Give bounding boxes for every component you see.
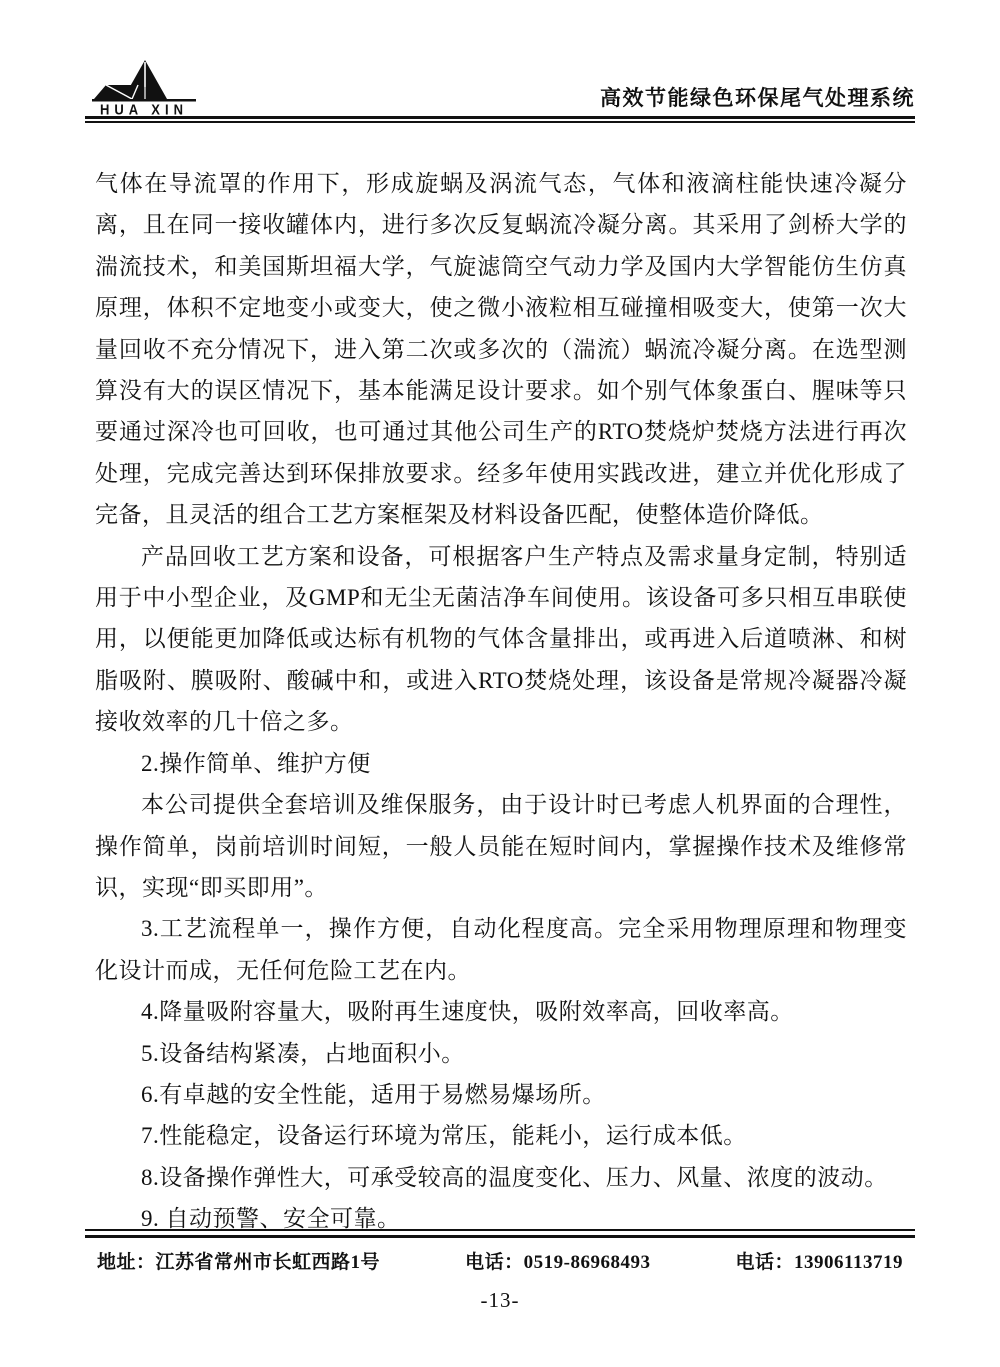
list-item-4: 4.降量吸附容量大，吸附再生速度快，吸附效率高，回收率高。 xyxy=(95,991,907,1032)
mountain-logo-icon xyxy=(88,59,200,103)
logo-text: HUA XIN xyxy=(100,102,188,116)
page-header: HUA XIN 高效节能绿色环保尾气处理系统 xyxy=(85,58,915,123)
list-item-2: 2.操作简单、维护方便 xyxy=(95,743,907,784)
paragraph: 气体在导流罩的作用下，形成旋蜗及涡流气态，气体和液滴柱能快速冷凝分离，且在同一接… xyxy=(95,163,907,536)
header-rule xyxy=(85,116,915,123)
list-item-8: 8.设备操作弹性大，可承受较高的温度变化、压力、风量、浓度的波动。 xyxy=(95,1157,907,1198)
page-number: -13- xyxy=(0,1288,1000,1313)
document-header-title: 高效节能绿色环保尾气处理系统 xyxy=(600,82,915,116)
document-page: HUA XIN 高效节能绿色环保尾气处理系统 气体在导流罩的作用下，形成旋蜗及涡… xyxy=(0,0,1000,1367)
list-item-6: 6.有卓越的安全性能，适用于易燃易爆场所。 xyxy=(95,1074,907,1115)
paragraph: 产品回收工艺方案和设备，可根据客户生产特点及需求量身定制，特别适用于中小型企业，… xyxy=(95,536,907,743)
list-item-5: 5.设备结构紧凑，占地面积小。 xyxy=(95,1033,907,1074)
page-footer: 地址：江苏省常州市长虹西路1号 电话：0519-86968493 电话：1390… xyxy=(85,1229,915,1274)
paragraph: 本公司提供全套培训及维保服务，由于设计时已考虑人机界面的合理性，操作简单，岗前培… xyxy=(95,784,907,908)
footer-phone-1: 电话：0519-86968493 xyxy=(465,1247,650,1274)
footer-phone-2: 电话：13906113719 xyxy=(736,1247,903,1274)
company-logo: HUA XIN xyxy=(85,59,203,116)
list-item-7: 7.性能稳定，设备运行环境为常压，能耗小，运行成本低。 xyxy=(95,1115,907,1156)
footer-address: 地址：江苏省常州市长虹西路1号 xyxy=(97,1247,380,1274)
list-item-3: 3.工艺流程单一，操作方便，自动化程度高。完全采用物理原理和物理变化设计而成，无… xyxy=(95,908,907,991)
document-body: 气体在导流罩的作用下，形成旋蜗及涡流气态，气体和液滴柱能快速冷凝分离，且在同一接… xyxy=(95,163,907,1240)
footer-rule xyxy=(85,1229,915,1238)
